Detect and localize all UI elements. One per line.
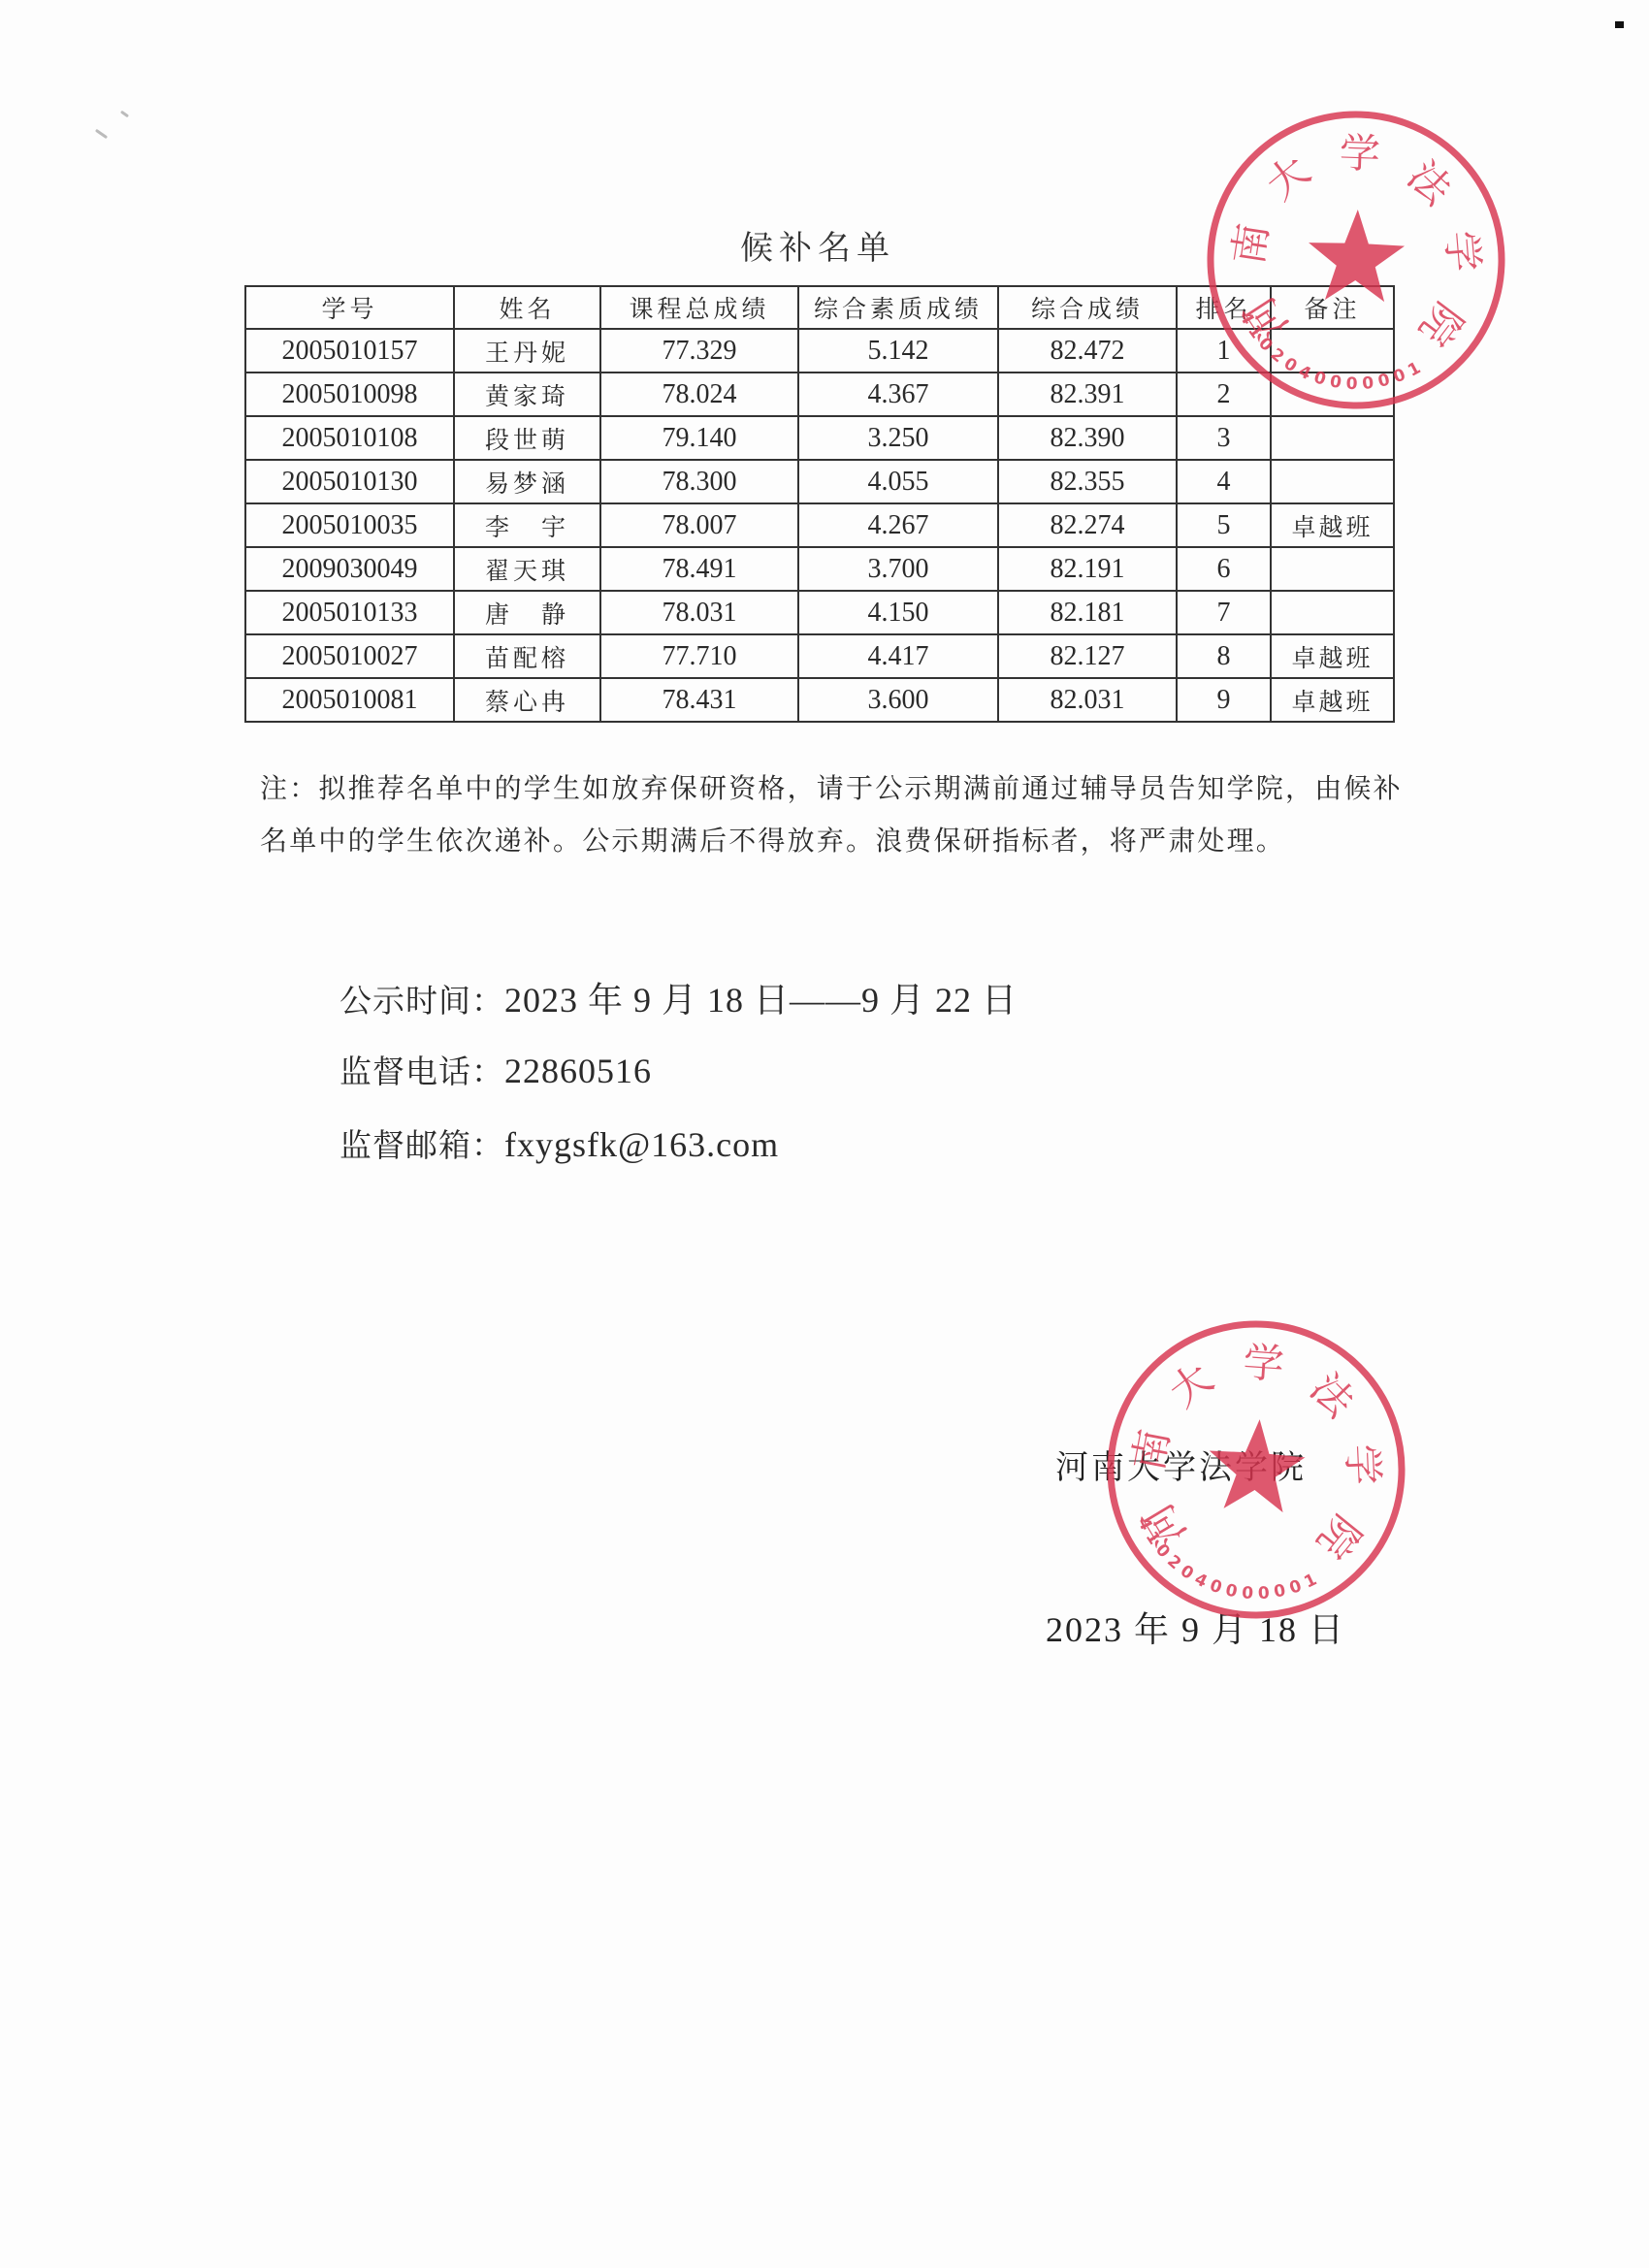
svg-text:1: 1 (1301, 1570, 1319, 1592)
cell-overall-score: 82.274 (998, 503, 1177, 547)
svg-text:院: 院 (1308, 1506, 1371, 1567)
cell-overall-score: 82.127 (998, 634, 1177, 678)
cell-overall-score: 82.355 (998, 460, 1177, 503)
cell-course-total: 77.329 (600, 329, 798, 373)
svg-text:河: 河 (1134, 1495, 1196, 1554)
svg-text:1: 1 (1405, 358, 1424, 380)
column-header-overall-score: 综合成绩 (998, 286, 1177, 329)
svg-text:大: 大 (1257, 146, 1319, 210)
cell-course-total: 78.031 (600, 591, 798, 634)
cell-student-id: 2005010133 (245, 591, 454, 634)
table-row: 2005010130易梦涵78.3004.05582.3554 (245, 460, 1394, 503)
cell-remark: 卓越班 (1271, 503, 1394, 547)
table-header-row: 学号姓名课程总成绩综合素质成绩综合成绩排名备注 (245, 286, 1394, 329)
cell-student-id: 2005010130 (245, 460, 454, 503)
cell-overall-score: 82.191 (998, 547, 1177, 591)
cell-course-total: 78.491 (600, 547, 798, 591)
cell-remark: 卓越班 (1271, 678, 1394, 722)
cell-course-total: 78.300 (600, 460, 798, 503)
supervision-phone-value: 22860516 (504, 1052, 652, 1090)
cell-remark (1271, 329, 1394, 373)
waitlist-table: 学号姓名课程总成绩综合素质成绩综合成绩排名备注 2005010157王丹妮77.… (244, 285, 1395, 723)
cell-name: 翟天琪 (454, 547, 600, 591)
cell-overall-score: 82.390 (998, 416, 1177, 460)
cell-rank: 5 (1177, 503, 1271, 547)
publicity-period: 公示时间：2023 年 9 月 18 日——9 月 22 日 (339, 973, 1018, 1022)
svg-text:0: 0 (1224, 1580, 1240, 1602)
cell-course-total: 79.140 (600, 416, 798, 460)
table-row: 2005010081蔡心冉78.4313.60082.0319卓越班 (245, 678, 1394, 722)
svg-text:0: 0 (1257, 1583, 1270, 1604)
cell-remark (1271, 547, 1394, 591)
cell-name: 唐 静 (454, 591, 600, 634)
cell-name: 王丹妮 (454, 329, 600, 373)
scan-speck (95, 129, 108, 139)
supervision-phone-label: 监督电话： (339, 1053, 504, 1090)
cell-course-total: 78.007 (600, 503, 798, 547)
cell-remark: 卓越班 (1271, 634, 1394, 678)
svg-text:学: 学 (1339, 129, 1381, 178)
cell-student-id: 2005010098 (245, 373, 454, 416)
cell-overall-score: 82.031 (998, 678, 1177, 722)
cell-rank: 2 (1177, 373, 1271, 416)
supervision-email-value: fxygsfk@163.com (504, 1125, 779, 1164)
column-header-student-id: 学号 (245, 286, 454, 329)
publicity-period-label: 公示时间： (339, 982, 504, 1020)
supervision-phone: 监督电话：22860516 (339, 1047, 652, 1092)
svg-text:1: 1 (1142, 1528, 1164, 1548)
cell-name: 李 宇 (454, 503, 600, 547)
cell-remark (1271, 460, 1394, 503)
table-row: 2005010035李 宇78.0074.26782.2745卓越班 (245, 503, 1394, 547)
svg-text:4: 4 (1133, 1514, 1155, 1534)
column-header-quality-score: 综合素质成绩 (798, 286, 998, 329)
cell-course-total: 77.710 (600, 634, 798, 678)
cell-rank: 6 (1177, 547, 1271, 591)
cell-name: 段世萌 (454, 416, 600, 460)
svg-text:0: 0 (1151, 1540, 1174, 1562)
cell-rank: 7 (1177, 591, 1271, 634)
cell-student-id: 2005010157 (245, 329, 454, 373)
cell-course-total: 78.431 (600, 678, 798, 722)
cell-name: 易梦涵 (454, 460, 600, 503)
publicity-period-value: 2023 年 9 月 18 日——9 月 22 日 (504, 981, 1018, 1020)
svg-text:法: 法 (1399, 151, 1462, 214)
table-row: 2005010133唐 静78.0314.15082.1817 (245, 591, 1394, 634)
cell-quality-score: 4.267 (798, 503, 998, 547)
cell-overall-score: 82.472 (998, 329, 1177, 373)
cell-student-id: 2005010081 (245, 678, 454, 722)
cell-quality-score: 4.417 (798, 634, 998, 678)
scan-speck (120, 111, 129, 118)
cell-quality-score: 3.600 (798, 678, 998, 722)
cell-remark (1271, 591, 1394, 634)
cell-rank: 1 (1177, 329, 1271, 373)
svg-text:院: 院 (1410, 294, 1472, 355)
cell-name: 苗配榕 (454, 634, 600, 678)
svg-text:2: 2 (1163, 1551, 1184, 1573)
cell-student-id: 2009030049 (245, 547, 454, 591)
supervision-email-label: 监督邮箱： (339, 1126, 504, 1164)
cell-overall-score: 82.181 (998, 591, 1177, 634)
svg-text:4: 4 (1191, 1570, 1211, 1592)
cell-student-id: 2005010035 (245, 503, 454, 547)
page-title: 候补名单 (0, 221, 1635, 269)
cell-name: 蔡心冉 (454, 678, 600, 722)
cell-remark (1271, 373, 1394, 416)
signature-organization: 河南大学法学院 (1055, 1441, 1307, 1488)
signature-date: 2023 年 9 月 18 日 (1046, 1603, 1345, 1652)
svg-text:0: 0 (1177, 1562, 1197, 1584)
cell-quality-score: 5.142 (798, 329, 998, 373)
table-row: 2005010027苗配榕77.7104.41782.1278卓越班 (245, 634, 1394, 678)
cell-rank: 9 (1177, 678, 1271, 722)
scan-corner-mark (1615, 21, 1624, 28)
column-header-name: 姓名 (454, 286, 600, 329)
cell-student-id: 2005010108 (245, 416, 454, 460)
cell-rank: 4 (1177, 460, 1271, 503)
svg-text:0: 0 (1207, 1576, 1224, 1599)
svg-text:学: 学 (1338, 1443, 1387, 1486)
svg-text:0: 0 (1241, 1583, 1253, 1604)
svg-text:大: 大 (1160, 1354, 1221, 1416)
cell-overall-score: 82.391 (998, 373, 1177, 416)
svg-text:0: 0 (1287, 1576, 1305, 1599)
svg-text:0: 0 (1273, 1581, 1288, 1603)
cell-rank: 8 (1177, 634, 1271, 678)
cell-student-id: 2005010027 (245, 634, 454, 678)
note-text: 注：拟推荐名单中的学生如放弃保研资格，请于公示期满前通过辅导员告知学院，由候补名… (260, 762, 1405, 867)
cell-remark (1271, 416, 1394, 460)
cell-quality-score: 4.367 (798, 373, 998, 416)
cell-course-total: 78.024 (600, 373, 798, 416)
table-row: 2005010098黄家琦78.0244.36782.3912 (245, 373, 1394, 416)
column-header-remark: 备注 (1271, 286, 1394, 329)
column-header-course-total: 课程总成绩 (600, 286, 798, 329)
table-row: 2009030049翟天琪78.4913.70082.1916 (245, 547, 1394, 591)
cell-quality-score: 4.150 (798, 591, 998, 634)
table-row: 2005010157王丹妮77.3295.14282.4721 (245, 329, 1394, 373)
svg-text:学: 学 (1242, 1338, 1285, 1388)
cell-quality-score: 3.250 (798, 416, 998, 460)
cell-name: 黄家琦 (454, 373, 600, 416)
cell-quality-score: 3.700 (798, 547, 998, 591)
column-header-rank: 排名 (1177, 286, 1271, 329)
cell-rank: 3 (1177, 416, 1271, 460)
supervision-email: 监督邮箱：fxygsfk@163.com (339, 1120, 779, 1166)
svg-text:法: 法 (1301, 1364, 1364, 1427)
cell-quality-score: 4.055 (798, 460, 998, 503)
table-body: 2005010157王丹妮77.3295.14282.4721200501009… (245, 329, 1394, 722)
table-row: 2005010108段世萌79.1403.25082.3903 (245, 416, 1394, 460)
